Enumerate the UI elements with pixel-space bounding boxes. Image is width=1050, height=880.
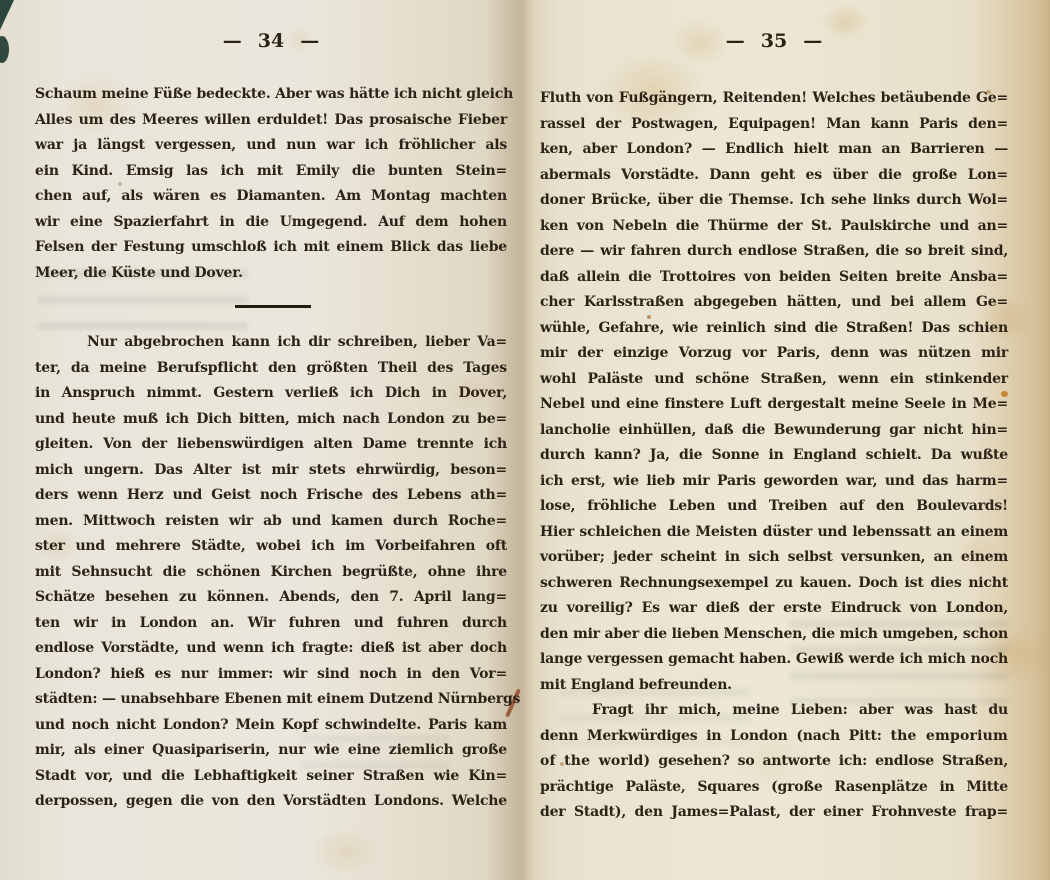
text-line: Fragt ihr mich, meine Lieben: aber was h…: [540, 698, 1008, 724]
text-line: London? hieß es nur immer: wir sind noch…: [35, 662, 507, 688]
text-line: lange vergessen gemacht haben. Gewiß wer…: [540, 647, 1008, 673]
text-line: lose, fröhliche Leben und Treiben auf de…: [540, 494, 1008, 520]
latin-bold-phrase: of the world): [540, 753, 650, 769]
text-line: zu voreilig? Es war dieß der erste Eindr…: [540, 596, 1008, 622]
text-line: lancholie einhüllen, daß die Bewunderung…: [540, 418, 1008, 444]
book-scan: — 34 — — 35 — Schaum meine Füße bedeckte…: [0, 0, 1050, 880]
text-line: ten wir in London an. Wir fuhren und fuh…: [35, 611, 507, 637]
text-line: in Anspruch nimmt. Gestern verließ ich D…: [35, 381, 507, 407]
page-number-header-35: — 35 —: [540, 30, 1008, 54]
section-divider-rule: [235, 305, 311, 308]
section-divider-slot: [35, 286, 507, 330]
text-line: Alles um des Meeres willen erduldet! Das…: [35, 108, 507, 134]
text-line: endlose Vorstädte, und wenn ich fragte: …: [35, 636, 507, 662]
text-line: denn Merkwürdiges in London (nach Pitt: …: [540, 724, 1008, 750]
text-line: abermals Vorstädte. Dann geht es über di…: [540, 163, 1008, 189]
text-line: Hier schleichen die Meisten düster und l…: [540, 520, 1008, 546]
text-line: Stadt vor, und die Lebhaftigkeit seiner …: [35, 764, 507, 790]
text-line: Schaum meine Füße bedeckte. Aber was hät…: [35, 82, 507, 108]
text-line: und noch nicht London? Mein Kopf schwind…: [35, 713, 507, 739]
text-line: mich ungern. Das Alter ist mir stets ehr…: [35, 458, 507, 484]
text-line: Nebel und eine finstere Luft dergestalt …: [540, 392, 1008, 418]
text-line: ein Kind. Emsig las ich mit Emily die bu…: [35, 159, 507, 185]
text-line: wohl Paläste und schöne Straßen, wenn ei…: [540, 367, 1008, 393]
text-line: rassel der Postwagen, Equipagen! Man kan…: [540, 112, 1008, 138]
text-line: cher Karlsstraßen abgegeben hätten, und …: [540, 290, 1008, 316]
text-line: dere — wir fahren durch endlose Straßen,…: [540, 239, 1008, 265]
text-line: ken, aber London? — Endlich hielt man an…: [540, 137, 1008, 163]
text-fragment: denn Merkwürdiges in London (nach Pitt:: [540, 728, 891, 744]
text-line: der Stadt), den James=Palast, der einer …: [540, 800, 1008, 826]
header-dash: —: [300, 30, 319, 54]
text-line: durch kann? Ja, die Sonne in England sch…: [540, 443, 1008, 469]
text-line: daß allein die Trottoires von beiden Sei…: [540, 265, 1008, 291]
text-line: ken von Nebeln die Thürme der St. Paulsk…: [540, 214, 1008, 240]
text-line: men. Mittwoch reisten wir ab und kamen d…: [35, 509, 507, 535]
text-line: mit England befreunden.: [540, 673, 1008, 699]
right-text-block: Fluth von Fußgängern, Reitenden! Welches…: [540, 86, 1008, 826]
text-line: Nur abgebrochen kann ich dir schreiben, …: [35, 330, 507, 356]
text-line: war ja längst vergessen, und nun war ich…: [35, 133, 507, 159]
header-dash: —: [726, 30, 745, 54]
text-line: of the world) gesehen? so antworte ich: …: [540, 749, 1008, 775]
text-line: ter, da meine Berufspflicht den größten …: [35, 356, 507, 382]
text-line: ster und mehrere Städte, wobei ich im Vo…: [35, 534, 507, 560]
text-line: derpossen, gegen die von den Vorstädten …: [35, 789, 507, 815]
text-line: Schätze besehen zu können. Abends, den 7…: [35, 585, 507, 611]
text-line: Felsen der Festung umschloß ich mit eine…: [35, 235, 507, 261]
latin-bold-phrase: the emporium: [891, 728, 1008, 744]
text-line: schweren Rechnungsexempel zu kauen. Doch…: [540, 571, 1008, 597]
text-line: mir der einzige Vorzug vor Paris, denn w…: [540, 341, 1008, 367]
text-line: Fluth von Fußgängern, Reitenden! Welches…: [540, 86, 1008, 112]
page-number-header-34: — 34 —: [35, 30, 507, 54]
text-line: wir eine Spazierfahrt in die Umgegend. A…: [35, 210, 507, 236]
text-line: prächtige Paläste, Squares (große Rasenp…: [540, 775, 1008, 801]
text-line: vorüber; jeder scheint in sich selbst ve…: [540, 545, 1008, 571]
text-fragment: gesehen? so antworte ich: endlose Straße…: [650, 753, 1008, 769]
text-line: ich erst, wie lieb mir Paris geworden wa…: [540, 469, 1008, 495]
text-line: Meer, die Küste und Dover.: [35, 261, 507, 287]
page-number: 34: [258, 30, 284, 54]
text-line: ders wenn Herz und Geist noch Frische de…: [35, 483, 507, 509]
header-dash: —: [223, 30, 242, 54]
text-line: und heute muß ich Dich bitten, mich nach…: [35, 407, 507, 433]
left-text-block: Schaum meine Füße bedeckte. Aber was hät…: [35, 82, 507, 815]
text-line: mit Sehnsucht die schönen Kirchen begrüß…: [35, 560, 507, 586]
text-line: gleiten. Von der liebenswürdigen alten D…: [35, 432, 507, 458]
text-line: mir, als einer Quasipariserin, nur wie e…: [35, 738, 507, 764]
page-number: 35: [761, 30, 787, 54]
text-line: den mir aber die lieben Menschen, die mi…: [540, 622, 1008, 648]
header-dash: —: [803, 30, 822, 54]
text-line: doner Brücke, über die Themse. Ich sehe …: [540, 188, 1008, 214]
text-line: chen auf, als wären es Diamanten. Am Mon…: [35, 184, 507, 210]
text-line: städten: — unabsehbare Ebenen mit einem …: [35, 687, 507, 713]
text-line: wühle, Gefahre, wie reinlich sind die St…: [540, 316, 1008, 342]
